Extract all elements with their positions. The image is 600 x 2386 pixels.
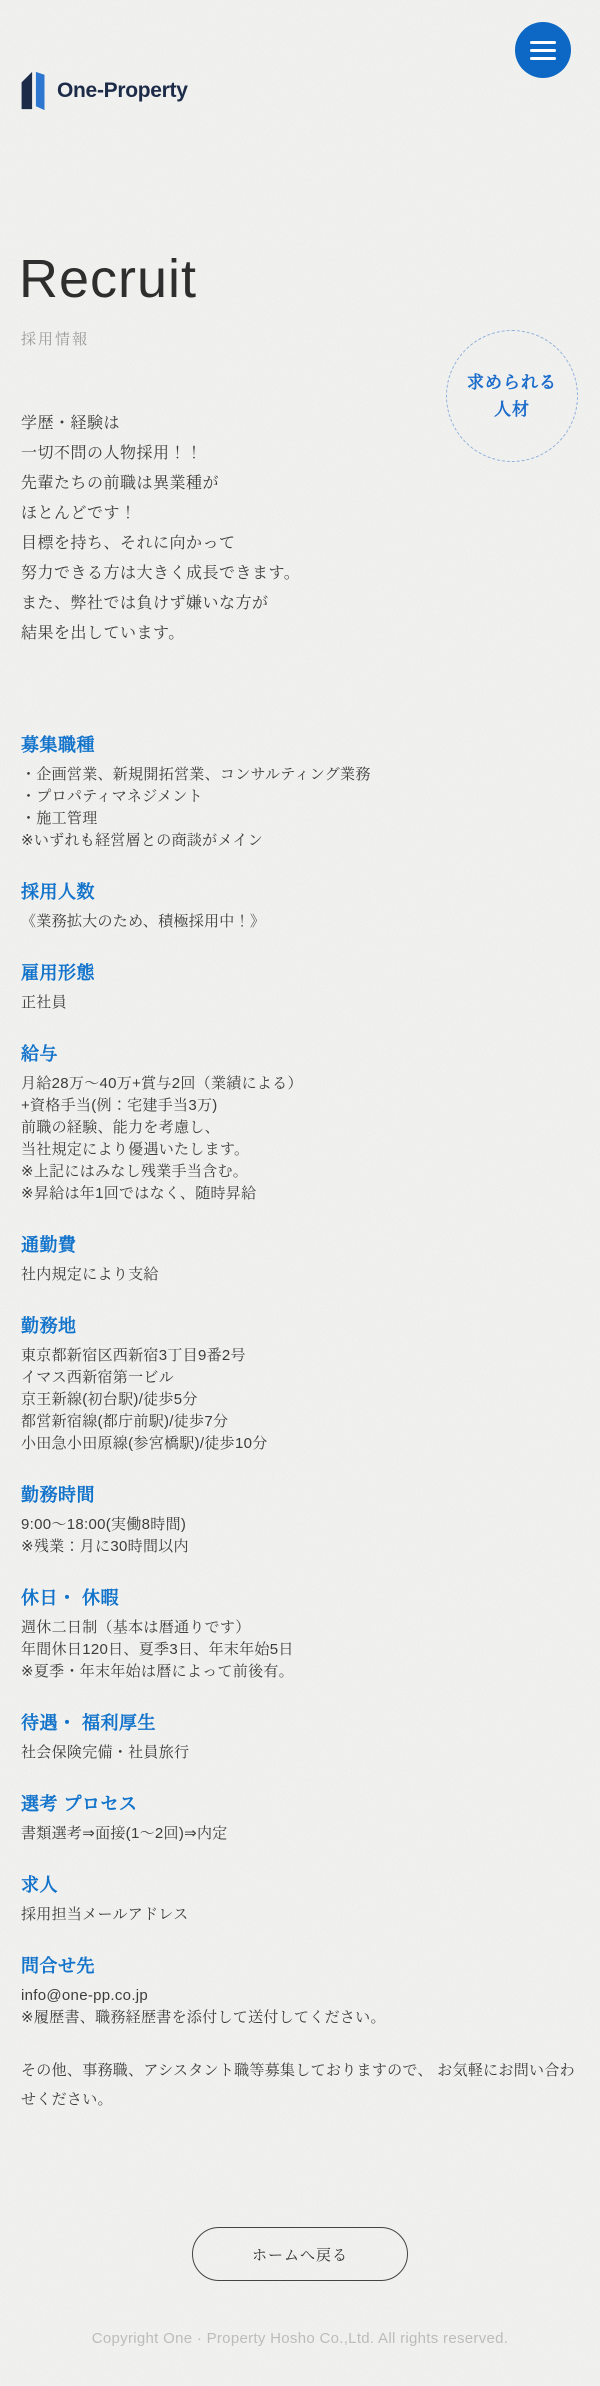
section-line: 社内規定により支給 (21, 1264, 579, 1286)
badge-line-1: 求められる (467, 369, 557, 396)
section-heading: 勤務時間 (21, 1483, 579, 1507)
section-line: 採用担当メールアドレス (21, 1904, 579, 1926)
section-7: 勤務時間9:00〜18:00(実働8時間)※残業：月に30時間以内 (21, 1483, 579, 1558)
section-line: ※夏季・年末年始は暦によって前後有。 (21, 1661, 579, 1683)
section-5: 通勤費社内規定により支給 (21, 1233, 579, 1286)
section-line: イマス西新宿第一ビル (21, 1367, 579, 1389)
section-body: 書類選考⇒面接(1〜2回)⇒内定 (21, 1823, 579, 1845)
section-heading: 待遇・ 福利厚生 (21, 1711, 579, 1735)
menu-button[interactable] (515, 22, 571, 78)
section-heading: 雇用形態 (21, 961, 579, 985)
section-body: 9:00〜18:00(実働8時間)※残業：月に30時間以内 (21, 1514, 579, 1558)
section-line: ・プロパティマネジメント (21, 786, 579, 808)
section-line: 都営新宿線(都庁前駅)/徒歩7分 (21, 1411, 579, 1433)
section-body: 採用担当メールアドレス (21, 1904, 579, 1926)
section-line: 当社規定により優遇いたします。 (21, 1139, 579, 1161)
other-positions-note: その他、事務職、アシスタント職等募集しておりますので、 お気軽にお問い合わせくだ… (21, 2056, 581, 2114)
section-8: 休日・ 休暇週休二日制（基本は暦通りです）年間休日120日、夏季3日、年末年始5… (21, 1586, 579, 1683)
intro-text: 学歴・経験は 一切不問の人物採用！！ 先輩たちの前職は異業種が ほとんどです！ … (21, 409, 300, 649)
section-line: +資格手当(例：宅建手当3万) (21, 1095, 579, 1117)
page-subtitle: 採用情報 (21, 328, 89, 349)
section-line: 正社員 (21, 992, 579, 1014)
section-heading: 給与 (21, 1042, 579, 1066)
section-3: 雇用形態正社員 (21, 961, 579, 1014)
badge-line-2: 人材 (494, 396, 530, 423)
section-4: 給与月給28万〜40万+賞与2回（業績による）+資格手当(例：宅建手当3万)前職… (21, 1042, 579, 1205)
section-body: 週休二日制（基本は暦通りです）年間休日120日、夏季3日、年末年始5日※夏季・年… (21, 1617, 579, 1683)
section-body: 《業務拡大のため、積極採用中！》 (21, 911, 579, 933)
section-line: 9:00〜18:00(実働8時間) (21, 1514, 579, 1536)
sections: 募集職種・企画営業、新規開拓営業、コンサルティング業務・プロパティマネジメント・… (21, 733, 579, 2029)
section-heading: 問合せ先 (21, 1954, 579, 1978)
section-line: 年間休日120日、夏季3日、年末年始5日 (21, 1639, 579, 1661)
section-line: 前職の経験、能力を考慮し、 (21, 1117, 579, 1139)
section-line: 東京都新宿区西新宿3丁目9番2号 (21, 1345, 579, 1367)
copyright-text: Copyright One · Property Hosho Co.,Ltd. … (0, 2330, 600, 2347)
section-heading: 求人 (21, 1873, 579, 1897)
section-line: 書類選考⇒面接(1〜2回)⇒内定 (21, 1823, 579, 1845)
wanted-talent-badge: 求められる 人材 (446, 330, 578, 462)
section-line: ※いずれも経営層との商談がメイン (21, 830, 579, 852)
section-body: 月給28万〜40万+賞与2回（業績による）+資格手当(例：宅建手当3万)前職の経… (21, 1073, 579, 1205)
section-body: 社会保険完備・社員旅行 (21, 1742, 579, 1764)
section-body: 正社員 (21, 992, 579, 1014)
section-heading: 勤務地 (21, 1314, 579, 1338)
section-body: info@one-pp.co.jp※履歴書、職務経歴書を添付して送付してください… (21, 1985, 579, 2029)
recruit-page: One-Property Recruit 採用情報 求められる 人材 学歴・経験… (0, 0, 600, 2386)
section-10: 選考 プロセス書類選考⇒面接(1〜2回)⇒内定 (21, 1792, 579, 1845)
section-11: 求人採用担当メールアドレス (21, 1873, 579, 1926)
section-body: 社内規定により支給 (21, 1264, 579, 1286)
section-1: 募集職種・企画営業、新規開拓営業、コンサルティング業務・プロパティマネジメント・… (21, 733, 579, 852)
section-line: 京王新線(初台駅)/徒歩5分 (21, 1389, 579, 1411)
section-line: ※上記にはみなし残業手当含む。 (21, 1161, 579, 1183)
section-heading: 募集職種 (21, 733, 579, 757)
logo-text: One-Property (57, 79, 188, 103)
section-line: info@one-pp.co.jp (21, 1985, 579, 2007)
section-body: 東京都新宿区西新宿3丁目9番2号イマス西新宿第一ビル京王新線(初台駅)/徒歩5分… (21, 1345, 579, 1455)
section-line: ※昇給は年1回ではなく、随時昇給 (21, 1183, 579, 1205)
page-title: Recruit (19, 250, 197, 308)
section-12: 問合せ先info@one-pp.co.jp※履歴書、職務経歴書を添付して送付して… (21, 1954, 579, 2029)
section-heading: 通勤費 (21, 1233, 579, 1257)
section-2: 採用人数《業務拡大のため、積極採用中！》 (21, 880, 579, 933)
section-line: 週休二日制（基本は暦通りです） (21, 1617, 579, 1639)
section-line: 《業務拡大のため、積極採用中！》 (21, 911, 579, 933)
section-line: 小田急小田原線(参宮橋駅)/徒歩10分 (21, 1433, 579, 1455)
header-logo[interactable]: One-Property (19, 70, 188, 112)
back-to-home-button[interactable]: ホームへ戻る (192, 2227, 408, 2281)
section-line: ※履歴書、職務経歴書を添付して送付してください。 (21, 2007, 579, 2029)
section-heading: 採用人数 (21, 880, 579, 904)
section-line: ・施工管理 (21, 808, 579, 830)
section-heading: 選考 プロセス (21, 1792, 579, 1816)
section-6: 勤務地東京都新宿区西新宿3丁目9番2号イマス西新宿第一ビル京王新線(初台駅)/徒… (21, 1314, 579, 1455)
section-line: 社会保険完備・社員旅行 (21, 1742, 579, 1764)
section-body: ・企画営業、新規開拓営業、コンサルティング業務・プロパティマネジメント・施工管理… (21, 764, 579, 852)
section-9: 待遇・ 福利厚生社会保険完備・社員旅行 (21, 1711, 579, 1764)
section-line: ・企画営業、新規開拓営業、コンサルティング業務 (21, 764, 579, 786)
logo-icon (19, 70, 49, 112)
section-line: 月給28万〜40万+賞与2回（業績による） (21, 1073, 579, 1095)
section-heading: 休日・ 休暇 (21, 1586, 579, 1610)
section-line: ※残業：月に30時間以内 (21, 1536, 579, 1558)
